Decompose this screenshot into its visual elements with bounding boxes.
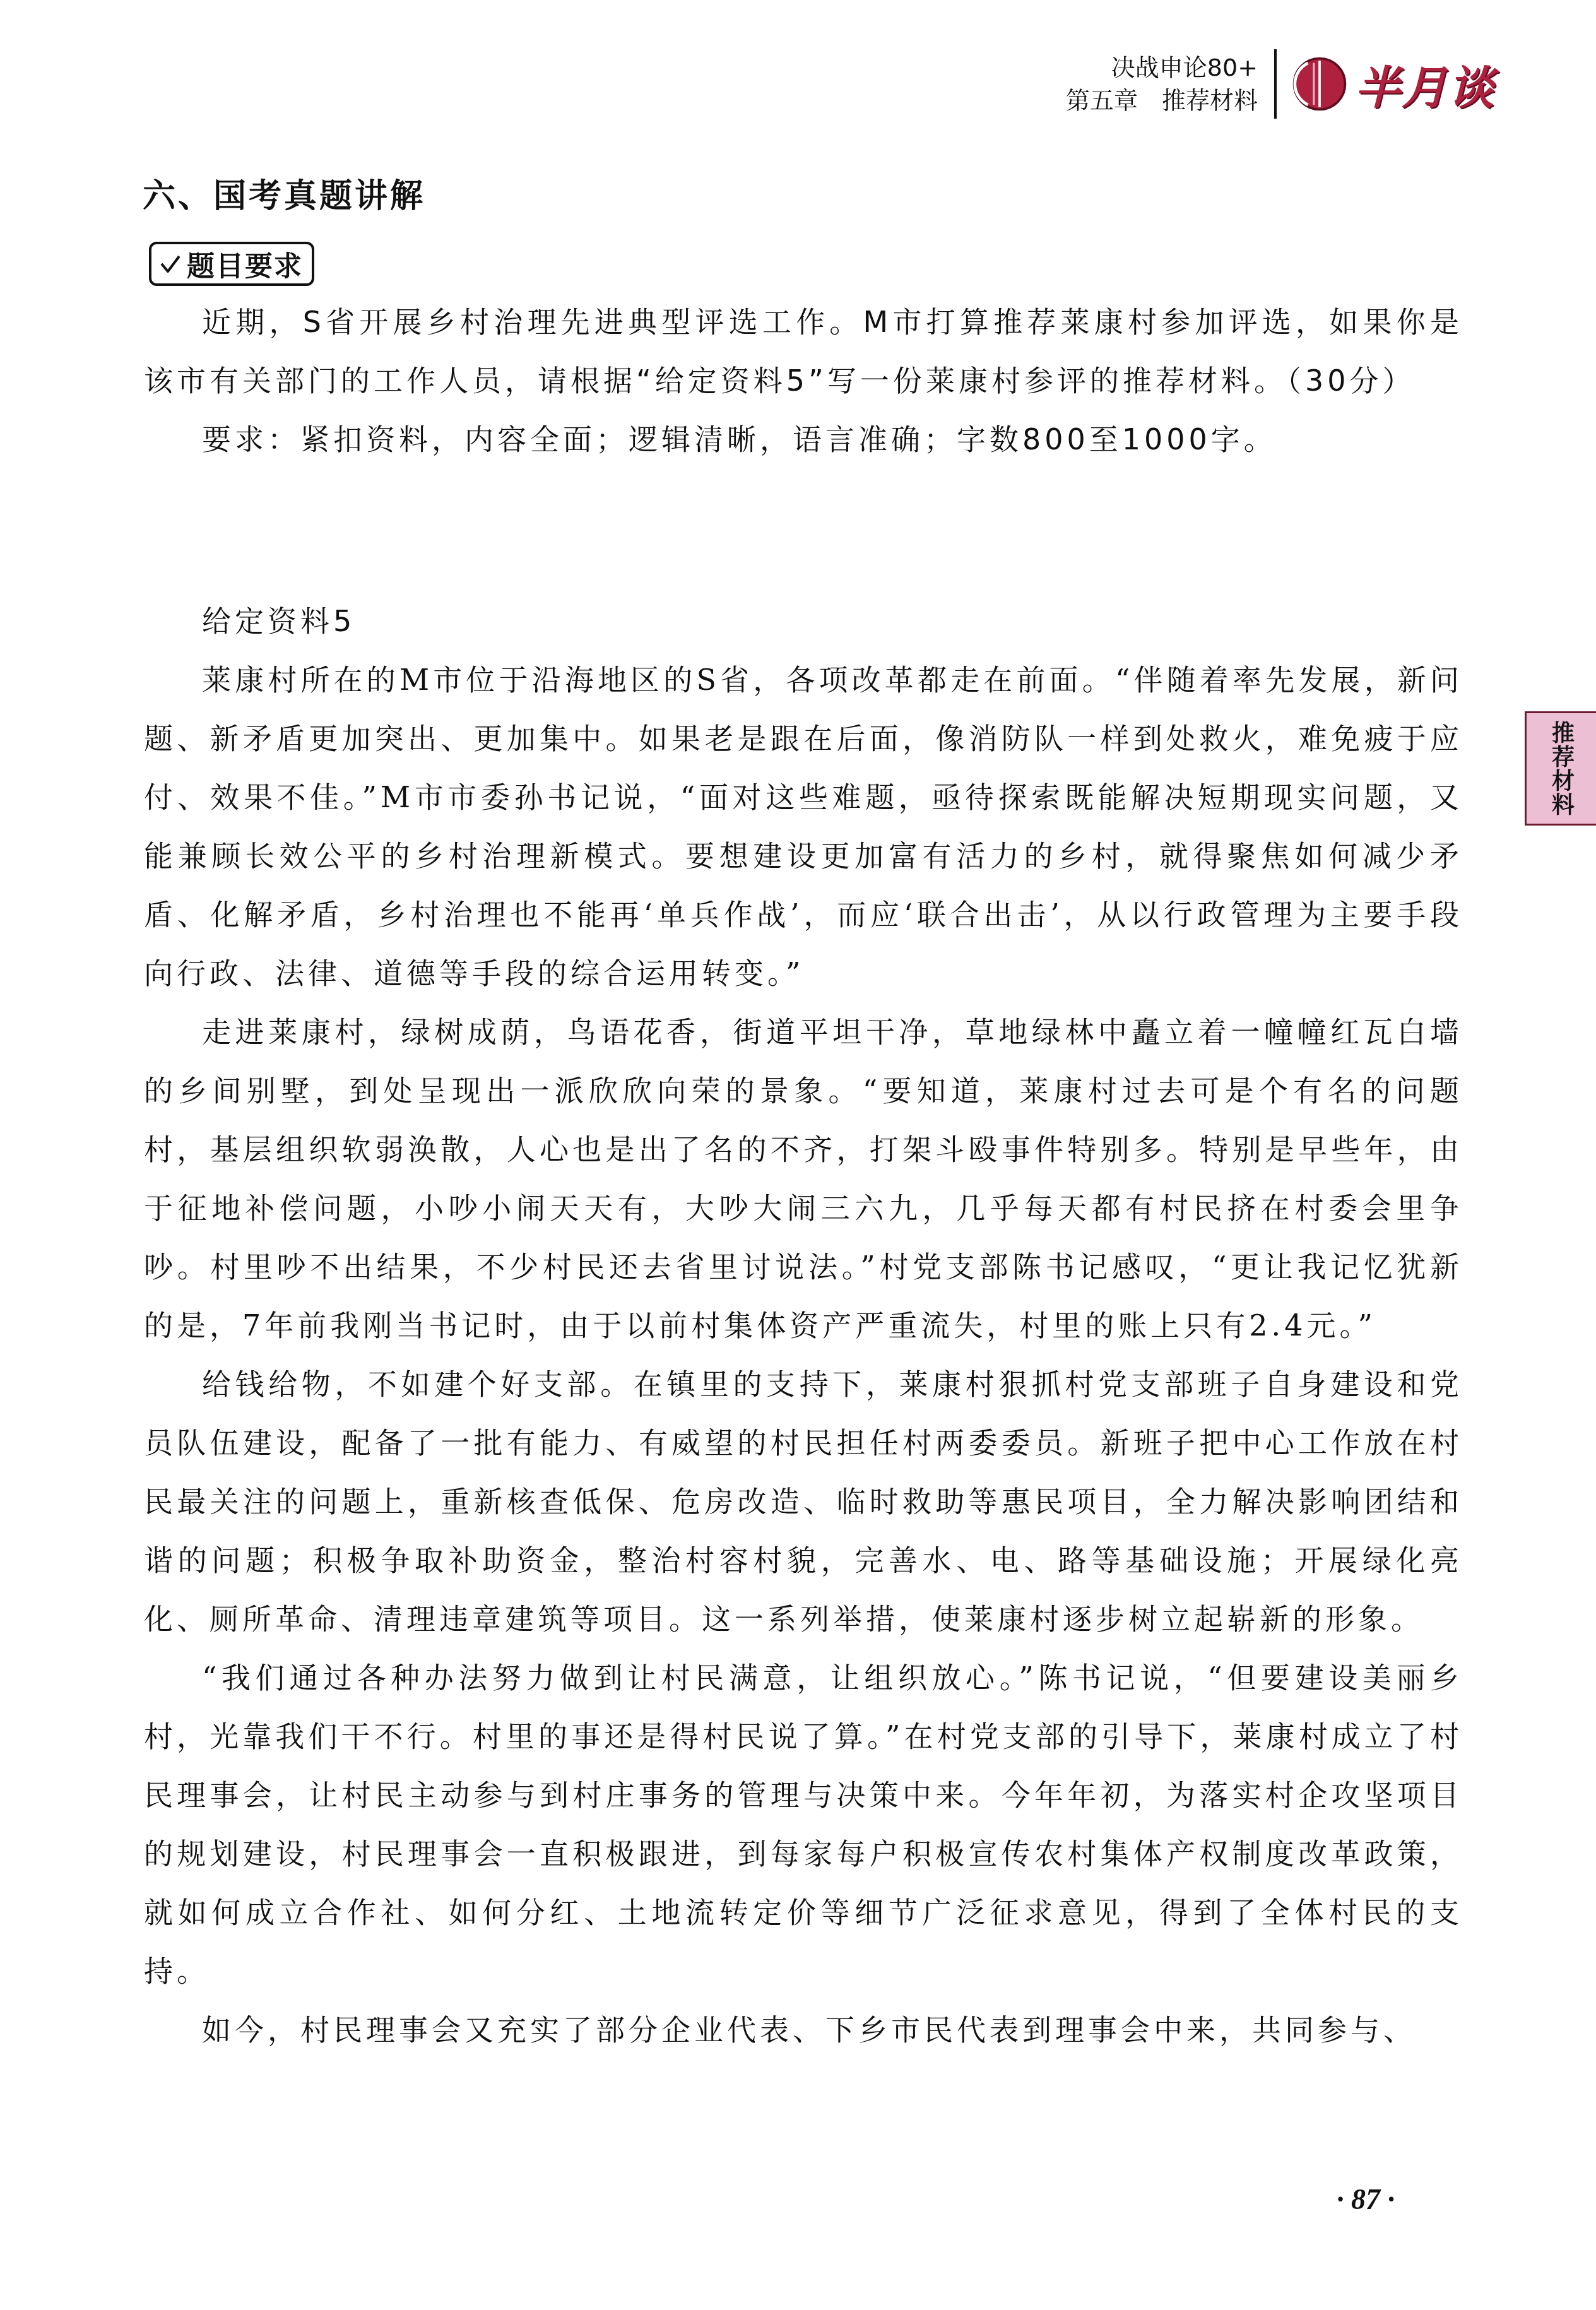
question-prompt: 近期，S省开展乡村治理先进典型评选工作。M市打算推荐莱康村参加评选，如果你是该市… bbox=[144, 293, 1463, 410]
material-paragraph: 如今，村民理事会又充实了部分企业代表、下乡市民代表到理事会中来，共同参与、 bbox=[144, 2001, 1463, 2059]
material-paragraph: “我们通过各种办法努力做到让村民满意，让组织放心。”陈书记说，“但要建设美丽乡村… bbox=[144, 1649, 1463, 2001]
badge-label: 题目要求 bbox=[187, 244, 303, 284]
half-moon-globe-logo-icon bbox=[1291, 55, 1349, 113]
side-tab-recommendation-materials: 推荐材料 bbox=[1525, 711, 1596, 826]
book-title: 决战申论80+ bbox=[1066, 51, 1258, 84]
checkmark-diamond-icon bbox=[158, 251, 183, 276]
side-tab-label: 推荐材料 bbox=[1546, 721, 1578, 817]
section-title: 六、国考真题讲解 bbox=[143, 169, 425, 216]
material-paragraph: 莱康村所在的M市位于沿海地区的S省，各项改革都走在前面。“伴随着率先发展，新问题… bbox=[144, 651, 1463, 1003]
page-number: · 87 · bbox=[1337, 2183, 1395, 2216]
question-block: 近期，S省开展乡村治理先进典型评选工作。M市打算推荐莱康村参加评选，如果你是该市… bbox=[144, 293, 1463, 469]
material-title: 给定资料5 bbox=[144, 592, 1463, 651]
chapter-title: 第五章 推荐材料 bbox=[1066, 84, 1258, 117]
question-requirements-badge: 题目要求 bbox=[149, 242, 314, 286]
header-divider bbox=[1274, 49, 1277, 119]
running-head: 决战申论80+ 第五章 推荐材料 bbox=[1066, 51, 1258, 117]
material-block: 给定资料5 莱康村所在的M市位于沿海地区的S省，各项改革都走在前面。“伴随着率先… bbox=[144, 592, 1463, 2059]
publisher-logo: 半月谈 bbox=[1291, 51, 1495, 117]
material-paragraph: 给钱给物，不如建个好支部。在镇里的支持下，莱康村狠抓村党支部班子自身建设和党员队… bbox=[144, 1355, 1463, 1649]
page-header: 决战申论80+ 第五章 推荐材料 半月谈 bbox=[1066, 49, 1495, 119]
logo-text: 半月谈 bbox=[1355, 51, 1495, 117]
question-requirements: 要求：紧扣资料，内容全面；逻辑清晰，语言准确；字数800至1000字。 bbox=[144, 410, 1463, 469]
material-paragraph: 走进莱康村，绿树成荫，鸟语花香，街道平坦干净，草地绿林中矗立着一幢幢红瓦白墙的乡… bbox=[144, 1003, 1463, 1355]
